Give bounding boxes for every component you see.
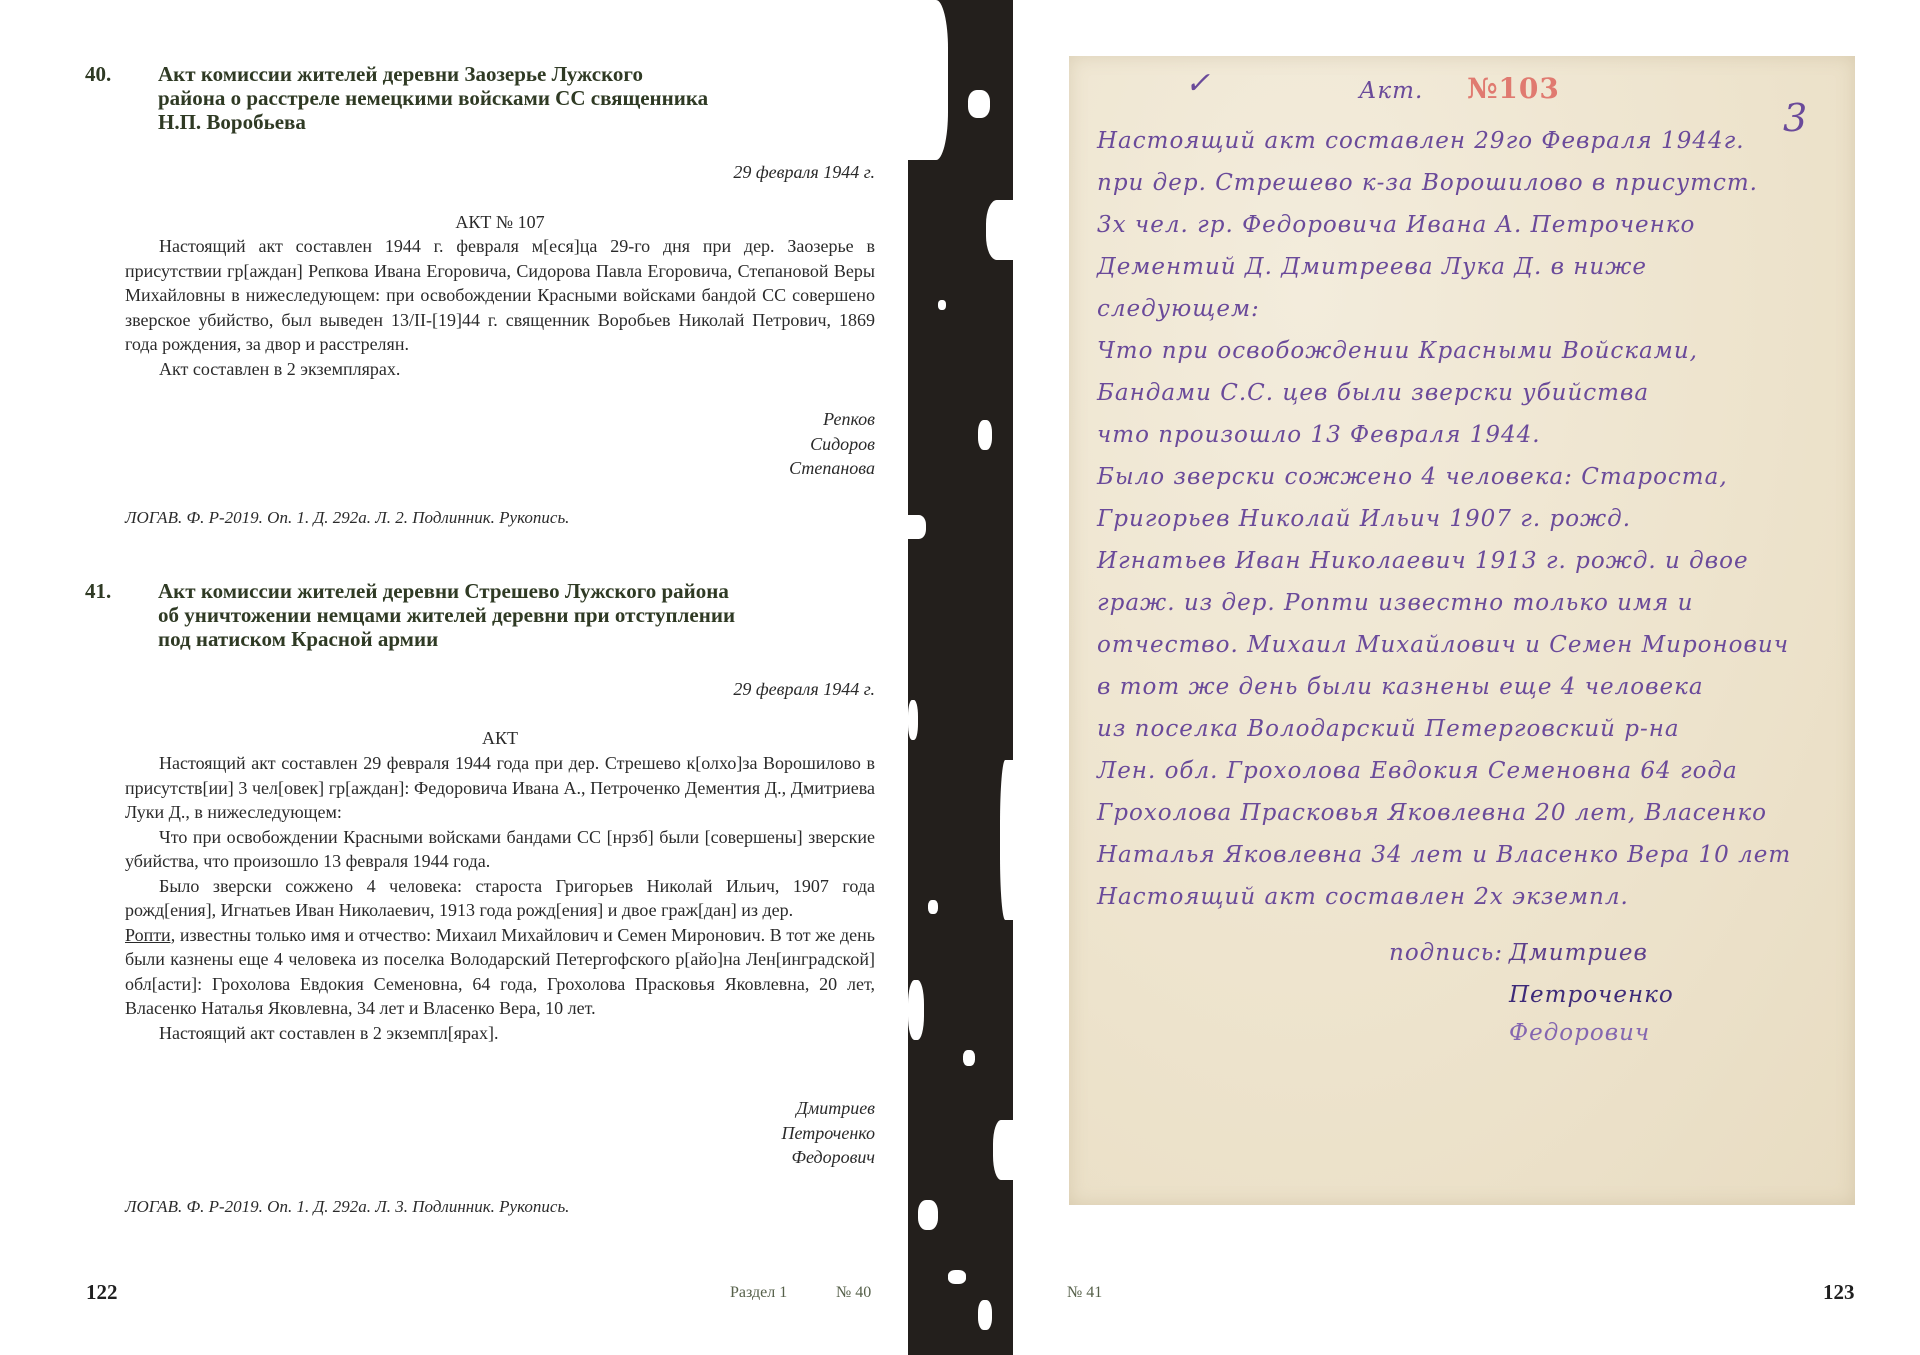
signature: Дмитриев [781, 1096, 875, 1121]
title-line: Н.П. Воробьева [158, 110, 825, 134]
title-line: об уничтожении немцами жителей деревни п… [158, 603, 825, 627]
page-number-right: 123 [1823, 1280, 1855, 1305]
manuscript-line: граж. из дер. Ропти известно только имя … [1097, 590, 1693, 616]
manuscript-line: Что при освобождении Красными Войсками, [1097, 338, 1698, 364]
archive-stamp-number: №103 [1467, 72, 1560, 105]
doc-40-heading: 40. Акт комиссии жителей деревни Заозерь… [85, 62, 825, 134]
left-page: 40. Акт комиссии жителей деревни Заозерь… [0, 0, 905, 1355]
manuscript-line: Настоящий акт составлен 2х экземпл. [1097, 884, 1629, 910]
manuscript-title: Акт. [1359, 78, 1423, 104]
manuscript-signature-label: подпись: [1389, 940, 1503, 966]
doc-41-date: 29 февраля 1944 г. [733, 679, 875, 700]
doc-40-date: 29 февраля 1944 г. [733, 162, 875, 183]
signature: Степанова [789, 456, 875, 481]
doc-40-archive-ref: ЛОГАВ. Ф. Р-2019. Оп. 1. Д. 292а. Л. 2. … [125, 508, 569, 528]
page-number-left: 122 [86, 1280, 118, 1305]
doc-40-title: Акт комиссии жителей деревни Заозерье Лу… [158, 62, 825, 134]
manuscript-line: Настоящий акт составлен 29го Февраля 194… [1097, 128, 1745, 154]
doc-41-archive-ref: ЛОГАВ. Ф. Р-2019. Оп. 1. Д. 292а. Л. 3. … [125, 1197, 569, 1217]
paragraph: Что при освобождении Красными войсками б… [125, 825, 875, 874]
doc-41-title: Акт комиссии жителей деревни Стрешево Лу… [158, 579, 825, 651]
manuscript-line: при дер. Стрешево к-за Ворошилово в прис… [1097, 170, 1758, 196]
doc-40-number: 40. [85, 62, 111, 87]
paragraph: Настоящий акт составлен в 2 экземпл[ярах… [125, 1021, 875, 1046]
signature: Петроченко [781, 1121, 875, 1146]
running-head-doc-number: № 40 [836, 1284, 871, 1302]
manuscript-signature: Дмитриев [1509, 940, 1648, 966]
paragraph: Настоящий акт составлен 1944 г. февраля … [125, 234, 875, 357]
manuscript-line: 3х чел. гр. Федоровича Ивана А. Петрочен… [1097, 212, 1695, 238]
manuscript-line: в тот же день были казнены еще 4 человек… [1097, 674, 1704, 700]
manuscript-line: Грохолова Прасковья Яковлевна 20 лет, Вл… [1097, 800, 1767, 826]
title-line: района о расстреле немецкими войсками СС… [158, 86, 825, 110]
paragraph-text: известны только имя и отчество: Михаил М… [125, 925, 875, 1019]
doc-41-number: 41. [85, 579, 111, 604]
doc-41-body: Настоящий акт составлен 29 февраля 1944 … [125, 751, 875, 1045]
manuscript-signature: Федорович [1509, 1020, 1650, 1046]
underlined-place-name: Ропти, [125, 925, 175, 945]
check-mark-icon: ✓ [1185, 66, 1211, 101]
paragraph: Ропти, известны только имя и отчество: М… [125, 923, 875, 1021]
manuscript-line: что произошло 13 Февраля 1944. [1097, 422, 1541, 448]
doc-41-act-label: АКТ [125, 728, 875, 749]
doc-41-heading: 41. Акт комиссии жителей деревни Стрешев… [85, 579, 825, 651]
doc-40-body: Настоящий акт составлен 1944 г. февраля … [125, 234, 875, 381]
paragraph: Настоящий акт составлен 29 февраля 1944 … [125, 751, 875, 825]
sheet-number: 3 [1783, 96, 1808, 140]
manuscript-line: Григорьев Николай Ильич 1907 г. рожд. [1097, 506, 1631, 532]
manuscript-line: Лен. обл. Грохолова Евдокия Семеновна 64… [1097, 758, 1738, 784]
doc-41-signatures: Дмитриев Петроченко Федорович [781, 1096, 875, 1170]
paragraph: Акт составлен в 2 экземплярах. [125, 357, 875, 382]
manuscript-line: из поселка Володарский Петерговский р-на [1097, 716, 1680, 742]
manuscript-line: Было зверски сожжено 4 человека: Старост… [1097, 464, 1728, 490]
running-head-doc-number: № 41 [1067, 1284, 1102, 1302]
title-line: под натиском Красной армии [158, 627, 825, 651]
running-head-section: Раздел 1 [730, 1284, 787, 1302]
manuscript-line: отчество. Михаил Михайлович и Семен Миро… [1097, 632, 1789, 658]
doc-40-act-label: АКТ № 107 [125, 212, 875, 233]
signature: Репков [789, 407, 875, 432]
manuscript-line: следующем: [1097, 296, 1260, 322]
doc-40-signatures: Репков Сидоров Степанова [789, 407, 875, 481]
manuscript-line: Игнатьев Иван Николаевич 1913 г. рожд. и… [1097, 548, 1749, 574]
manuscript-line: Бандами С.С. цев были зверски убийства [1097, 380, 1649, 406]
manuscript-facsimile: ✓ Акт. №103 3 Настоящий акт составлен 29… [1069, 56, 1855, 1205]
decorative-spine-strip [908, 0, 1013, 1355]
signature: Сидоров [789, 432, 875, 457]
manuscript-line: Дементий Д. Дмитреева Лука Д. в ниже [1097, 254, 1647, 280]
title-line: Акт комиссии жителей деревни Заозерье Лу… [158, 62, 825, 86]
signature: Федорович [781, 1145, 875, 1170]
manuscript-line: Наталья Яковлевна 34 лет и Власенко Вера… [1097, 842, 1791, 868]
paragraph: Было зверски сожжено 4 человека: старост… [125, 874, 875, 923]
title-line: Акт комиссии жителей деревни Стрешево Лу… [158, 579, 825, 603]
manuscript-signature: Петроченко [1509, 982, 1674, 1008]
